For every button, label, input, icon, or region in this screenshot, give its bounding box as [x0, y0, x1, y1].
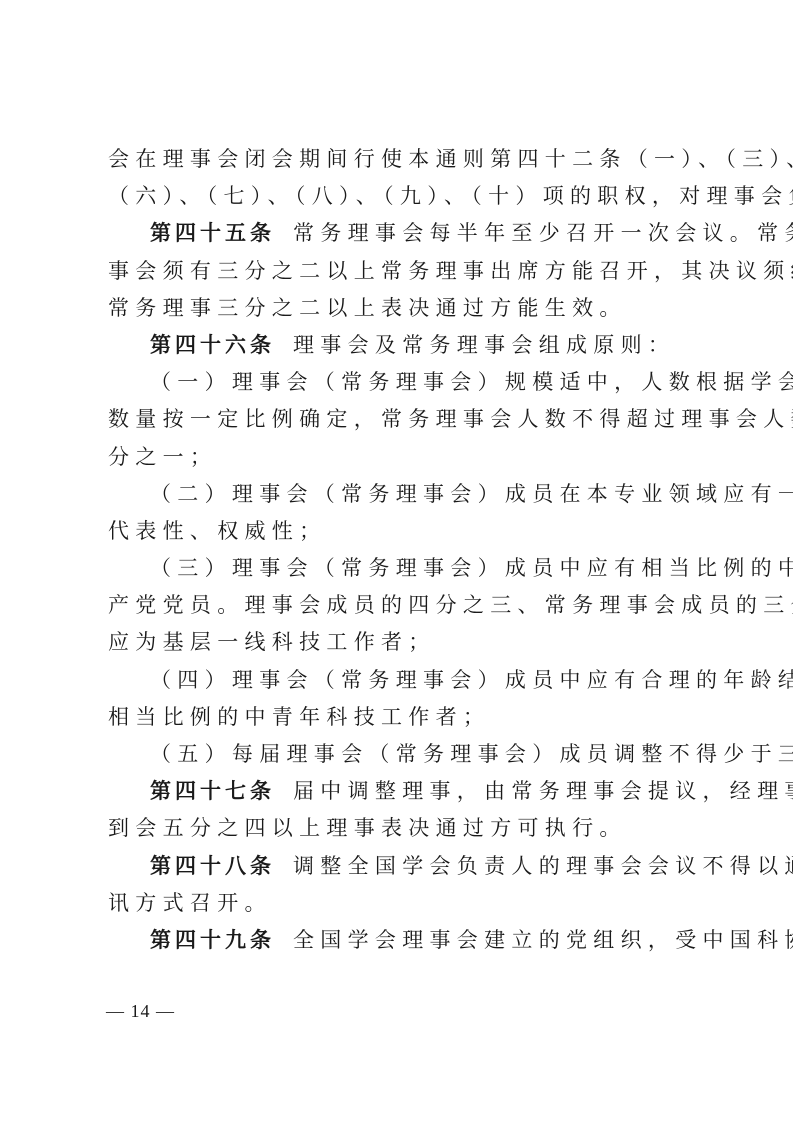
text-line: 会在理事会闭会期间行使本通则第四十二条（一）、（三）、（五）、 [108, 141, 698, 178]
line-text: 代表性、权威性； [108, 519, 326, 543]
clause-4: （四）理事会（常务理事会）成员中应有合理的年龄结构和 [108, 662, 698, 699]
article-heading: 第四十五条 [150, 221, 275, 245]
line-text: 届中调整理事，由常务理事会提议，经理事会 [293, 779, 793, 803]
line-text: （三）理事会（常务理事会）成员中应有相当比例的中国共 [150, 556, 793, 580]
text-line: 事会须有三分之二以上常务理事出席方能召开，其决议须经到会 [108, 253, 698, 290]
text-line: 代表性、权威性； [108, 513, 698, 550]
line-text: 应为基层一线科技工作者； [108, 630, 436, 654]
article-48: 第四十八条调整全国学会负责人的理事会会议不得以通 [108, 848, 698, 885]
article-46: 第四十六条理事会及常务理事会组成原则： [108, 327, 698, 364]
text-line: 常务理事三分之二以上表决通过方能生效。 [108, 290, 698, 327]
article-heading: 第四十七条 [150, 779, 275, 803]
line-text: （二）理事会（常务理事会）成员在本专业领域应有一定的 [150, 482, 793, 506]
line-text: 会在理事会闭会期间行使本通则第四十二条（一）、（三）、（五）、 [108, 147, 793, 171]
line-text: 分之一； [108, 445, 217, 469]
line-text: 产党党员。理事会成员的四分之三、常务理事会成员的三分之二 [108, 593, 793, 617]
line-text: 常务理事三分之二以上表决通过方能生效。 [108, 296, 627, 320]
line-text: 讯方式召开。 [108, 891, 272, 915]
text-line: 数量按一定比例确定，常务理事会人数不得超过理事会人数的三 [108, 401, 698, 438]
article-49: 第四十九条全国学会理事会建立的党组织，受中国科协科 [108, 922, 698, 959]
text-line: 产党党员。理事会成员的四分之三、常务理事会成员的三分之二 [108, 587, 698, 624]
line-text: （四）理事会（常务理事会）成员中应有合理的年龄结构和 [150, 668, 793, 692]
line-text: （五）每届理事会（常务理事会）成员调整不得少于三分之一。 [150, 742, 793, 766]
article-heading: 第四十六条 [150, 333, 275, 357]
text-line: 讯方式召开。 [108, 885, 698, 922]
clause-1: （一）理事会（常务理事会）规模适中，人数根据学会会员 [108, 364, 698, 401]
line-text: 数量按一定比例确定，常务理事会人数不得超过理事会人数的三 [108, 407, 793, 431]
clause-3: （三）理事会（常务理事会）成员中应有相当比例的中国共 [108, 550, 698, 587]
line-text: 理事会及常务理事会组成原则： [293, 333, 675, 357]
document-page: 会在理事会闭会期间行使本通则第四十二条（一）、（三）、（五）、 （六）、（七）、… [0, 0, 793, 1122]
line-text: 全国学会理事会建立的党组织，受中国科协科 [293, 928, 793, 952]
clause-5: （五）每届理事会（常务理事会）成员调整不得少于三分之一。 [108, 736, 698, 773]
text-line: 到会五分之四以上理事表决通过方可执行。 [108, 810, 698, 847]
article-45: 第四十五条常务理事会每半年至少召开一次会议。常务理 [108, 215, 698, 252]
line-text: 事会须有三分之二以上常务理事出席方能召开，其决议须经到会 [108, 259, 793, 283]
line-text: 调整全国学会负责人的理事会会议不得以通 [293, 854, 793, 878]
text-line: 分之一； [108, 439, 698, 476]
clause-2: （二）理事会（常务理事会）成员在本专业领域应有一定的 [108, 476, 698, 513]
text-line: （六）、（七）、（八）、（九）、（十）项的职权，对理事会负责。 [108, 178, 698, 215]
line-text: 相当比例的中青年科技工作者； [108, 705, 490, 729]
text-line: 应为基层一线科技工作者； [108, 624, 698, 661]
body-text: 会在理事会闭会期间行使本通则第四十二条（一）、（三）、（五）、 （六）、（七）、… [108, 141, 698, 959]
article-heading: 第四十八条 [150, 854, 275, 878]
page-number: — 14 — [106, 1001, 175, 1022]
line-text: 到会五分之四以上理事表决通过方可执行。 [108, 816, 627, 840]
line-text: 常务理事会每半年至少召开一次会议。常务理 [293, 221, 793, 245]
text-line: 相当比例的中青年科技工作者； [108, 699, 698, 736]
article-47: 第四十七条届中调整理事，由常务理事会提议，经理事会 [108, 773, 698, 810]
line-text: （六）、（七）、（八）、（九）、（十）项的职权，对理事会负责。 [108, 184, 793, 208]
line-text: （一）理事会（常务理事会）规模适中，人数根据学会会员 [150, 370, 793, 394]
article-heading: 第四十九条 [150, 928, 275, 952]
